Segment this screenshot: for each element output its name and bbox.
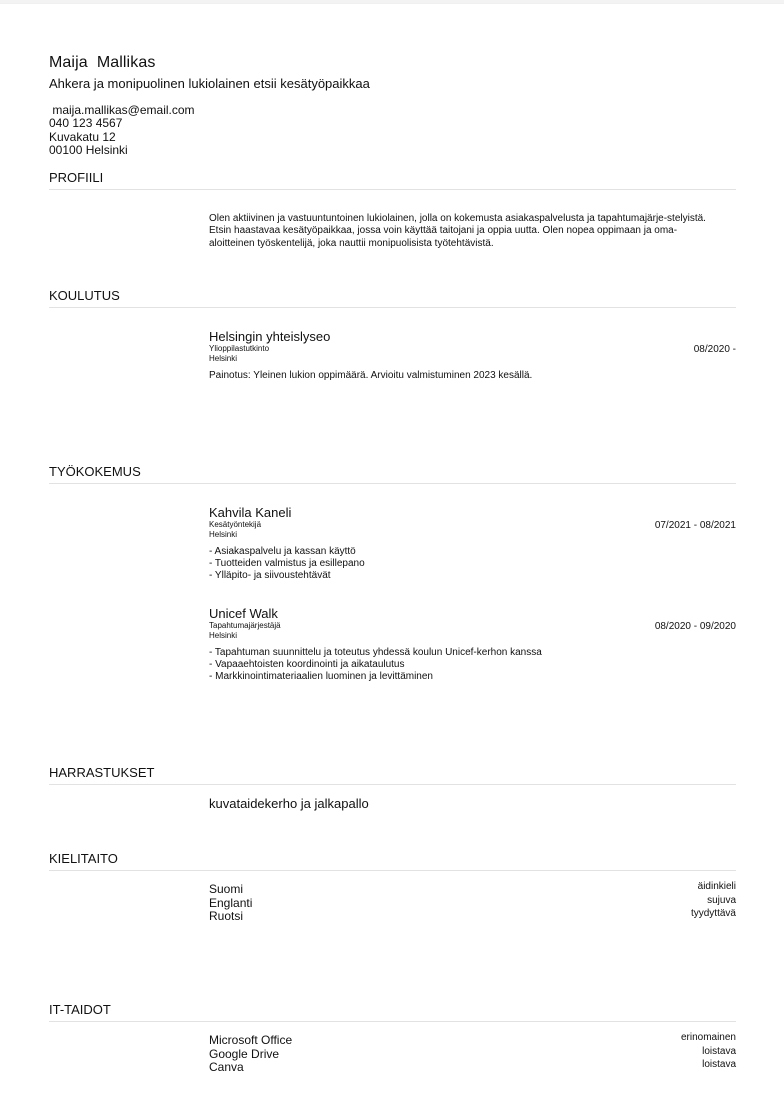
- it-skill-name: Canva: [209, 1060, 244, 1074]
- experience-location: Helsinki: [209, 631, 736, 641]
- language-name: Suomi: [209, 882, 243, 896]
- experience-task: - Vapaaehtoisten koordinointi ja aikatau…: [209, 659, 736, 671]
- experience-tasks: - Asiakaspalvelu ja kassan käyttö - Tuot…: [209, 546, 736, 582]
- language-name: Ruotsi: [209, 909, 243, 923]
- experience-tasks: - Tapahtuman suunnittelu ja toteutus yhd…: [209, 647, 736, 683]
- page-top-edge: [0, 0, 784, 4]
- hobbies-text: kuvataidekerho ja jalkapallo: [209, 796, 736, 811]
- language-name: Englanti: [209, 896, 252, 910]
- it-skill-name: Google Drive: [209, 1047, 279, 1061]
- contact-street: Kuvakatu 12: [49, 131, 195, 144]
- section-title-languages: KIELITAITO: [49, 851, 736, 871]
- language-level: sujuva: [707, 895, 736, 907]
- section-title-experience: TYÖKOKEMUS: [49, 464, 736, 484]
- experience-task: - Tuotteiden valmistus ja esillepano: [209, 558, 736, 570]
- candidate-name: Maija Mallikas: [49, 54, 155, 72]
- candidate-headline: Ahkera ja monipuolinen lukiolainen etsii…: [49, 76, 370, 91]
- experience-employer: Unicef Walk: [209, 606, 736, 621]
- contact-email[interactable]: maija.mallikas@email.com: [49, 104, 195, 117]
- section-title-education: KOULUTUS: [49, 288, 736, 308]
- section-title-profile: PROFIILI: [49, 170, 736, 190]
- experience-task: - Markkinointimateriaalien luominen ja l…: [209, 671, 736, 683]
- education-location: Helsinki: [209, 354, 736, 364]
- contact-phone: 040 123 4567: [49, 117, 195, 130]
- experience-entry: Unicef Walk Tapahtumajärjestäjä Helsinki…: [209, 606, 736, 683]
- education-entry: Helsingin yhteislyseo Ylioppilastutkinto…: [209, 329, 736, 382]
- education-school: Helsingin yhteislyseo: [209, 329, 736, 344]
- experience-task: - Asiakaspalvelu ja kassan käyttö: [209, 546, 736, 558]
- experience-task: - Tapahtuman suunnittelu ja toteutus yhd…: [209, 647, 736, 659]
- education-description: Painotus: Yleinen lukion oppimäärä. Arvi…: [209, 370, 736, 382]
- experience-task: - Ylläpito- ja siivoustehtävät: [209, 570, 736, 582]
- experience-employer: Kahvila Kaneli: [209, 505, 736, 520]
- it-skill-list: Microsoft Office erinomainen Google Driv…: [209, 1033, 736, 1074]
- profile-text: Olen aktiivinen ja vastuuntuntoinen luki…: [209, 213, 709, 250]
- contact-city: 00100 Helsinki: [49, 144, 195, 157]
- it-skill-row: Microsoft Office erinomainen: [209, 1033, 736, 1047]
- language-row: Ruotsi tyydyttävä: [209, 909, 736, 923]
- it-skill-row: Canva loistava: [209, 1060, 736, 1074]
- section-title-hobbies: HARRASTUKSET: [49, 765, 736, 785]
- it-skill-level: loistava: [702, 1059, 736, 1071]
- language-list: Suomi äidinkieli Englanti sujuva Ruotsi …: [209, 882, 736, 923]
- it-skill-name: Microsoft Office: [209, 1033, 292, 1047]
- language-level: tyydyttävä: [691, 908, 736, 920]
- experience-entry: Kahvila Kaneli Kesätyöntekijä Helsinki 0…: [209, 505, 736, 582]
- experience-date: 07/2021 - 08/2021: [655, 520, 736, 531]
- it-skill-level: loistava: [702, 1046, 736, 1058]
- experience-date: 08/2020 - 09/2020: [655, 621, 736, 632]
- language-row: Englanti sujuva: [209, 896, 736, 910]
- education-degree: Ylioppilastutkinto: [209, 344, 736, 354]
- experience-location: Helsinki: [209, 530, 736, 540]
- language-row: Suomi äidinkieli: [209, 882, 736, 896]
- it-skill-row: Google Drive loistava: [209, 1047, 736, 1061]
- it-skill-level: erinomainen: [681, 1032, 736, 1044]
- contact-info: maija.mallikas@email.com 040 123 4567 Ku…: [49, 104, 195, 157]
- language-level: äidinkieli: [698, 881, 736, 893]
- education-date: 08/2020 -: [694, 344, 736, 355]
- section-title-it-skills: IT-TAIDOT: [49, 1002, 736, 1022]
